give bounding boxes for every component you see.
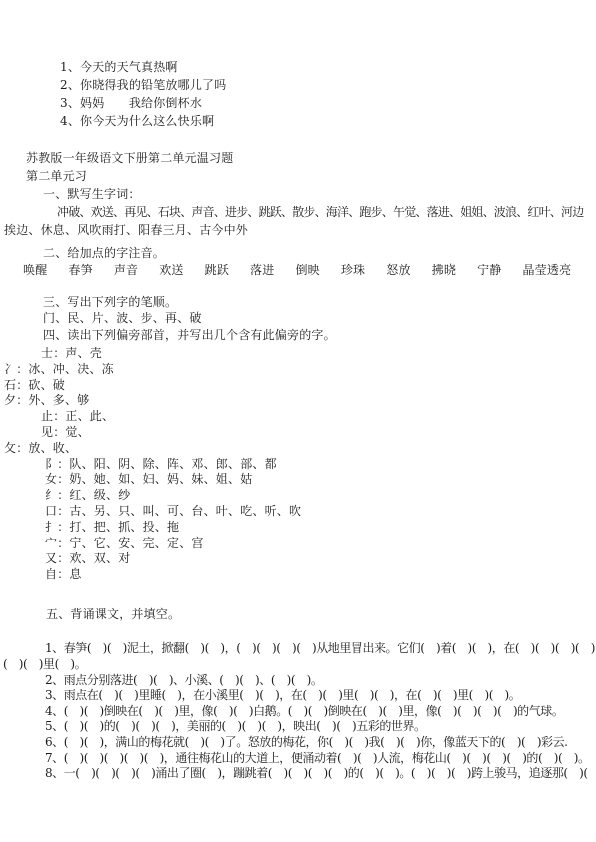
fill-blank-line: 7、( )( )( )( )( )，通往梅花山的大道上，便涌动着( )( )人流… (45, 750, 590, 766)
pinyin-word: 欢送 (159, 262, 183, 278)
fill-blank-line: 6、( )( )，满山的梅花就( )( )了。怒放的梅花，你( )( )我( )… (45, 734, 568, 750)
worksheet-page: 1、今天的天气真热啊 2、你晓得我的铅笔放哪儿了吗 3、妈妈 我给你倒杯水 4、… (0, 0, 596, 842)
fill-blank-line: 1、春笋( )( )泥土，掀翻( )( )，( )( )( )( )从地里冒出来… (45, 640, 596, 656)
radical-row: 夕：外、多、够 (4, 392, 89, 408)
radical-row: 宀：宁、它、安、完、定、宫 (45, 535, 204, 551)
section1-heading: 一、默写生字词： (43, 186, 141, 202)
pinyin-word: 宁静 (477, 262, 501, 278)
radical-row: 纟：红、级、纱 (45, 487, 130, 503)
fill-blank-line: 5、( )( )的( )( )( )，美丽的( )( )( )，映出( )( )… (45, 718, 426, 734)
fill-blank-line: ( )( )里( )。 (3, 656, 86, 672)
vocab-line-1: 冲破、欢送、再见、石块、声音、进步、跳跃、散步、海洋、跑步、午觉、落进、姐姐、波… (57, 204, 583, 220)
radical-row: 止：正、此、 (41, 408, 114, 424)
pinyin-word: 怒放 (386, 262, 410, 278)
pinyin-word: 拂晓 (432, 262, 456, 278)
radical-row: 石：砍、破 (4, 377, 65, 393)
sentence-item: 3、妈妈 我给你倒杯水 (60, 95, 202, 111)
pinyin-word-row: 唤醒 春笋 声音 欢送 跳跃 落进 倒映 珍珠 怒放 拂晓 宁静 晶莹透亮 (23, 262, 571, 278)
radical-row: 自：息 (45, 566, 82, 582)
doc-title: 苏教版一年级语文下册第二单元温习题 (26, 150, 233, 166)
pinyin-word: 倒映 (295, 262, 319, 278)
unit-subtitle: 第二单元习 (26, 168, 87, 184)
section3-heading: 三、写出下列字的笔顺。 (43, 294, 177, 310)
radical-row: 见：觉、 (41, 424, 90, 440)
fill-blank-line: 4、( )( )倒映在( )( )里，像( )( )白鹅。( )( )倒映在( … (45, 703, 563, 719)
radical-row: 口：古、另、只、叫、可、台、叶、吃、听、吹 (45, 503, 301, 519)
radical-row: 又：欢、双、对 (45, 550, 130, 566)
radical-row: 女：奶、她、如、妇、妈、妹、姐、姑 (45, 471, 252, 487)
pinyin-word: 晶莹透亮 (522, 262, 571, 278)
radical-row: 攵：放、收、 (4, 440, 77, 456)
radical-row: 扌：打、把、抓、投、拖 (45, 519, 179, 535)
radical-row: 冫：冰、冲、决、冻 (4, 361, 114, 377)
sentence-item: 4、你今天为什么这么快乐啊 (60, 113, 214, 129)
radical-row: 士：声、壳 (41, 345, 102, 361)
fill-blank-line: 3、雨点在( )( )里睡( )，在小溪里( )( )，在( )( )里( )(… (45, 687, 520, 703)
pinyin-word: 声音 (114, 262, 138, 278)
fill-blank-line: 2、雨点分别落进( )( )、小溪、( )( )、( )( )。 (45, 672, 322, 688)
fill-blank-line: 8、一( )( )( )( )涌出了圈( )，蹦跳着( )( )( )( )的(… (45, 765, 596, 781)
section2-heading: 二、给加点的字注音。 (43, 245, 165, 261)
pinyin-word: 珍珠 (341, 262, 365, 278)
pinyin-word: 跳跃 (205, 262, 229, 278)
vocab-line-2: 挨边、休息、风吹雨打、阳春三月、古今中外 (4, 222, 248, 238)
sentence-item: 1、今天的天气真热啊 (60, 59, 178, 75)
pinyin-word: 唤醒 (23, 262, 47, 278)
stroke-order-characters: 门、民、片、波、步、再、破 (43, 310, 202, 326)
section4-heading: 四、读出下列偏旁部首，并写出几个含有此偏旁的字。 (43, 327, 336, 343)
sentence-item: 2、你晓得我的铅笔放哪儿了吗 (60, 77, 226, 93)
radical-row: 阝：队、阳、阴、除、阵、邓、郎、部、都 (45, 456, 277, 472)
pinyin-word: 落进 (250, 262, 274, 278)
pinyin-word: 春笋 (68, 262, 92, 278)
section5-heading: 五、背诵课文，并填空。 (46, 606, 180, 622)
